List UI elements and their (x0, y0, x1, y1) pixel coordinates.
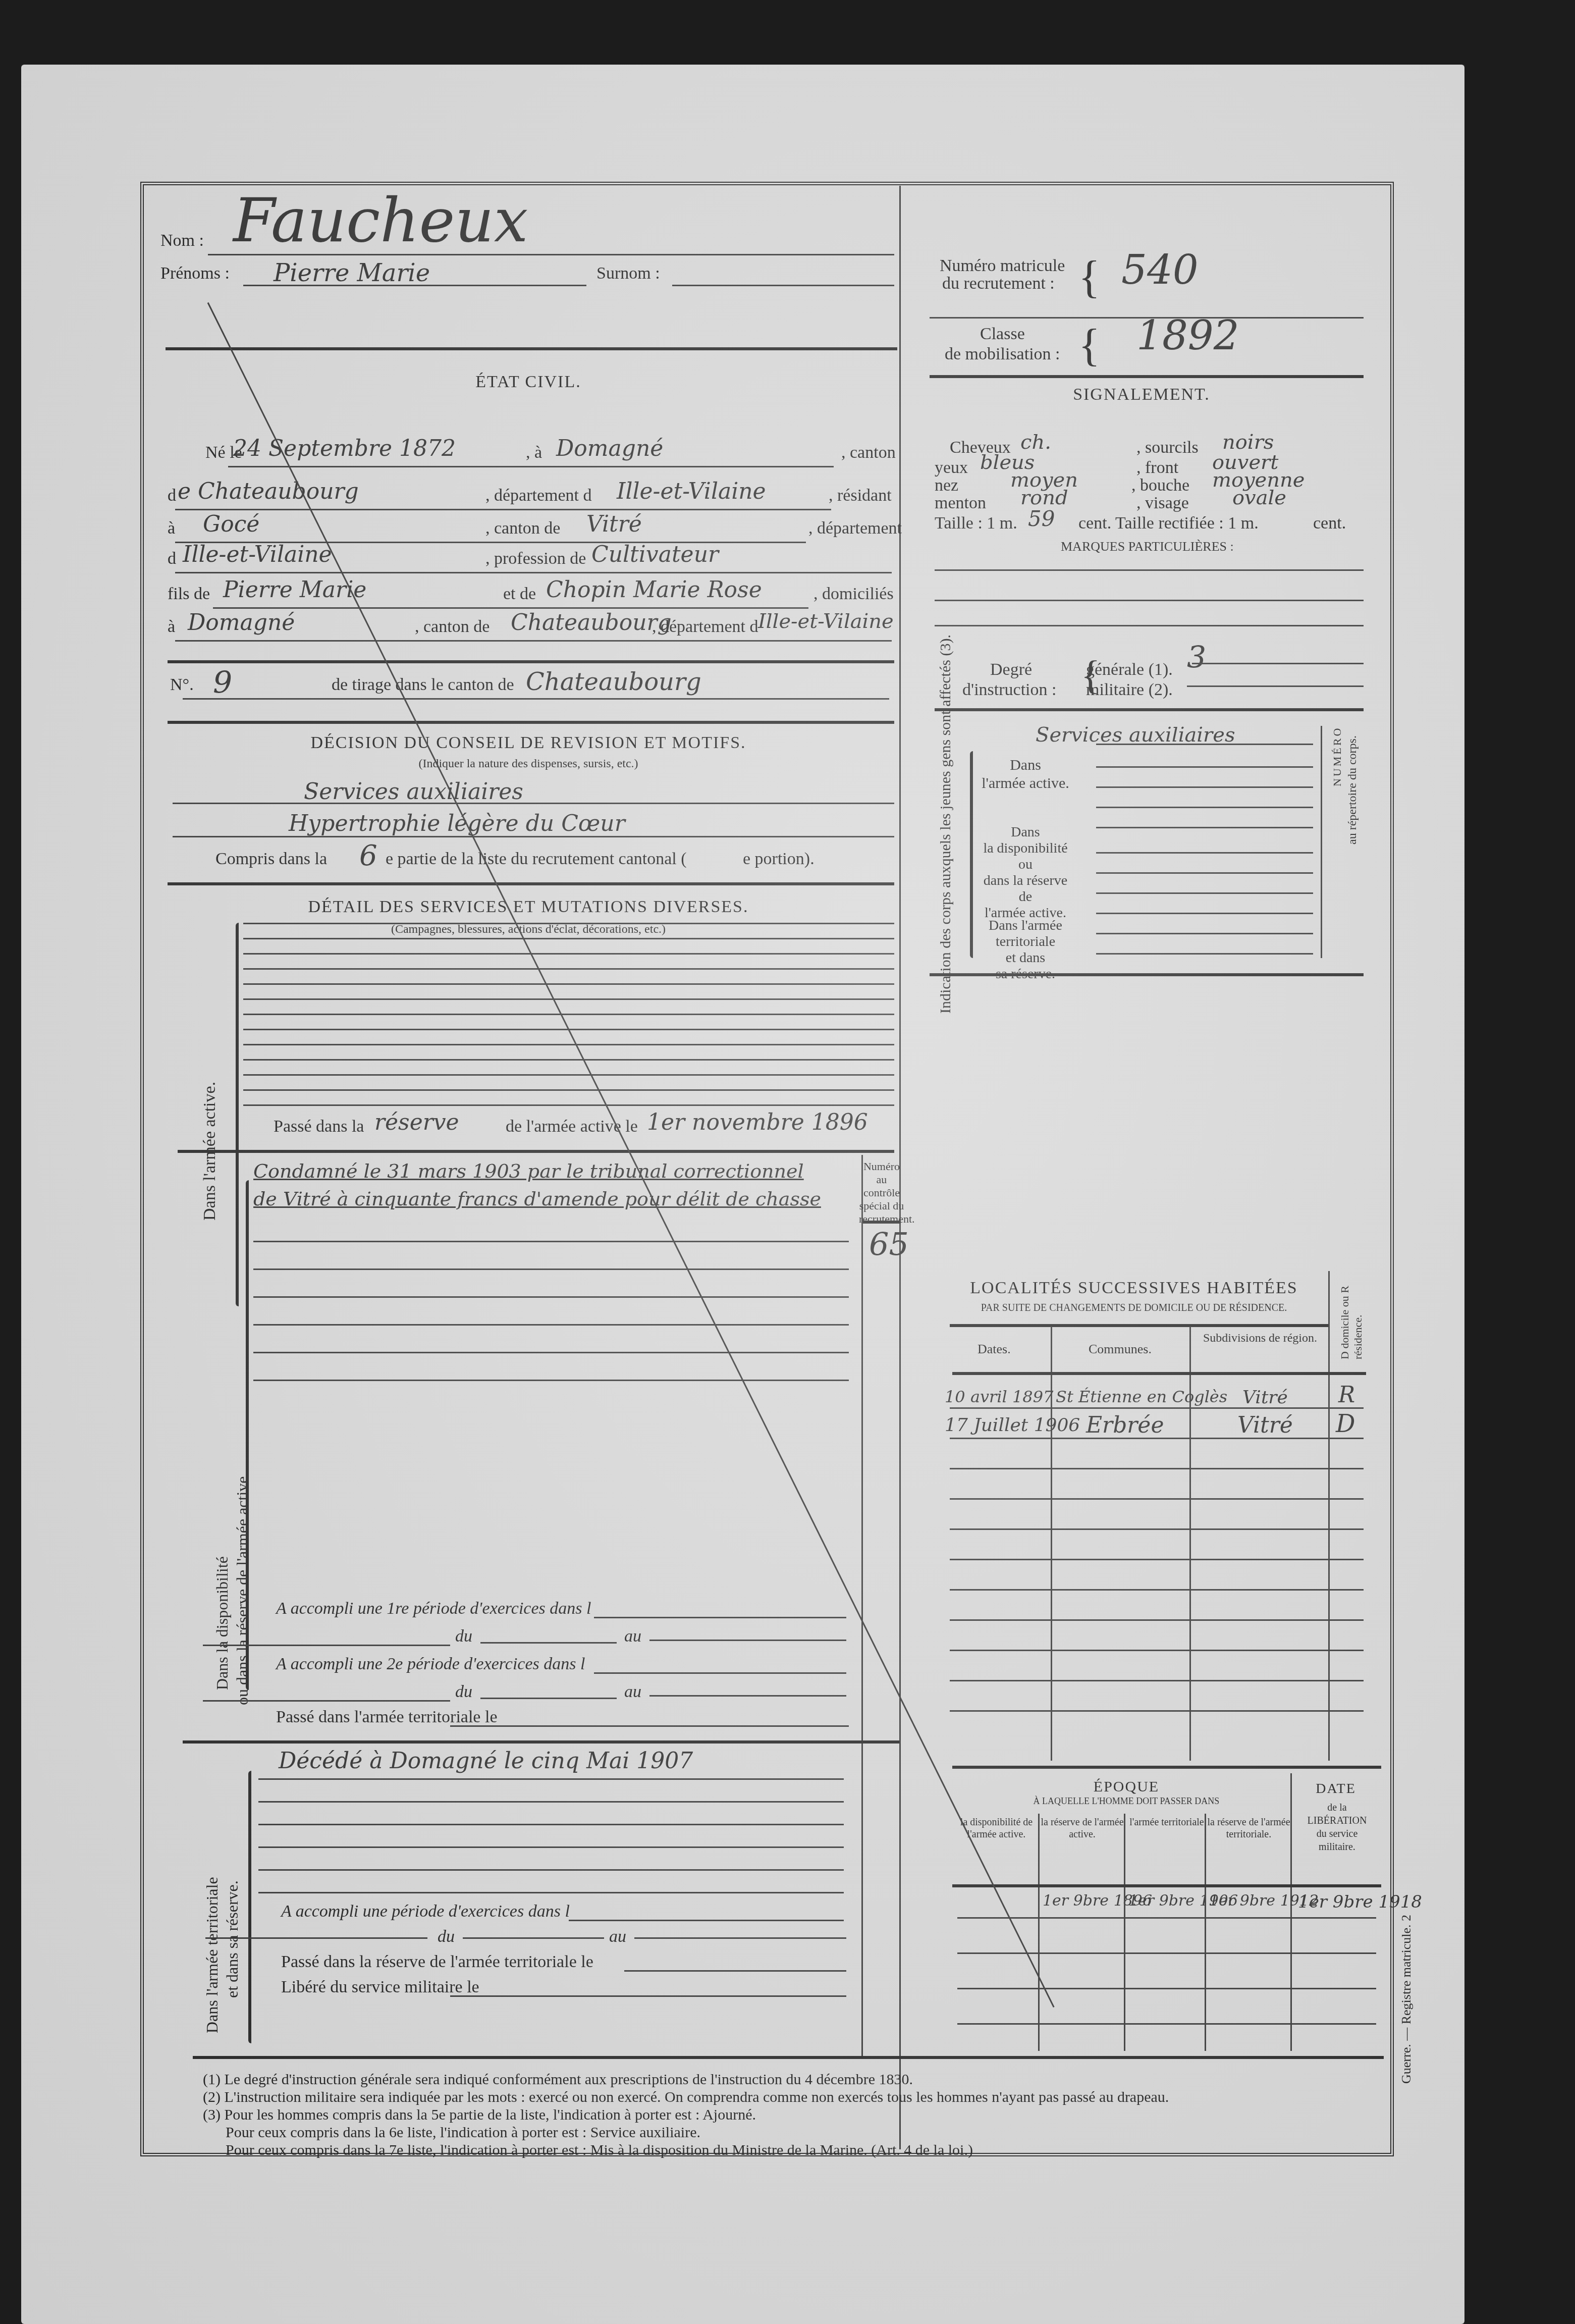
epoque-col-header: la disponibilité de l'armée active. (955, 1816, 1038, 1840)
corps-side-label: Indication des corps auxquels les jeunes… (937, 635, 954, 1014)
row-subdivision: Vitré (1237, 1412, 1293, 1438)
line (594, 1672, 846, 1674)
line (173, 803, 894, 804)
departement-label: , département (808, 519, 902, 538)
footnote: (3) Pour les hommes compris dans la 5e p… (203, 2106, 756, 2124)
controle-label-line: recrutement. (859, 1212, 904, 1226)
corps-numero-divider (1321, 726, 1322, 958)
canton-label: , canton (841, 443, 896, 462)
au-label: au (609, 1927, 626, 1946)
divider (950, 1324, 1328, 1327)
tirage-no-label: N°. (170, 675, 194, 695)
matricule-label: du recrutement : (942, 274, 1055, 293)
passe-terr-label: Passé dans l'armée territoriale le (276, 1708, 498, 1727)
col-divider (1290, 1773, 1292, 2051)
brace (236, 923, 239, 1306)
line (624, 1970, 846, 1972)
periode1-label: A accompli une 1re période d'exercices d… (276, 1599, 591, 1618)
divider (930, 375, 1364, 378)
classe-label: de mobilisation : (945, 345, 1060, 364)
condamnation-line-1: Condamné le 31 mars 1903 par le tribunal… (253, 1160, 804, 1182)
line (175, 572, 892, 573)
bouche-label: , bouche (1131, 476, 1189, 495)
label-line: Dans (975, 824, 1076, 840)
controle-label-line: spécial du (859, 1199, 904, 1212)
row-dr: D (1336, 1410, 1355, 1438)
divider (952, 1372, 1366, 1375)
residence-departement: Ille-et-Vilaine (183, 542, 332, 567)
d-label: d (168, 486, 176, 505)
row-date: 10 avril 1897 (945, 1387, 1053, 1406)
line (203, 1645, 450, 1646)
departement-label: , département d (485, 486, 592, 505)
divider (183, 1740, 899, 1744)
surnom-label: Surnom : (596, 264, 660, 283)
matricule-label: Numéro matricule (940, 256, 1065, 276)
line (634, 1937, 846, 1939)
liberation-date: 1er 9bre 1918 (1298, 1892, 1422, 1912)
tirage-label: de tirage dans le canton de (332, 675, 514, 695)
departement-label: , département d (652, 617, 758, 637)
tirage-no: 9 (213, 665, 232, 701)
col-header-communes: Communes. (1089, 1342, 1152, 1357)
line (213, 607, 808, 609)
divider (952, 1884, 1381, 1887)
marques-label: MARQUES PARTICULIÈRES : (1061, 539, 1234, 554)
col-divider (1038, 1814, 1040, 2051)
label-line: l'armée active. (975, 774, 1076, 793)
localites-title: LOCALITÉS SUCCESSIVES HABITÉES (945, 1279, 1323, 1298)
front-label: , front (1136, 458, 1178, 478)
controle-number: 65 (869, 1226, 909, 1262)
degre-label: Degré (990, 660, 1032, 679)
au-label: au (624, 1627, 641, 1646)
label-line: territoriale (975, 934, 1076, 950)
epoque-subtitle: À LAQUELLE L'HOMME DOIT PASSER DANS (950, 1796, 1303, 1807)
label-line: de la (1293, 1801, 1381, 1814)
yeux-label: yeux (935, 458, 968, 478)
label-line: Dans l'armée (975, 918, 1076, 934)
divider (178, 1150, 894, 1153)
classe-label: Classe (980, 325, 1025, 344)
parents-canton: Chateaubourg (511, 610, 672, 636)
taille-label: Taille : 1 m. (935, 514, 1017, 533)
partie-number: 6 (359, 839, 377, 872)
decision-line-2: Hypertrophie légère du Cœur (289, 811, 625, 836)
prenoms-label: Prénoms : (160, 264, 230, 283)
nez-label: nez (935, 476, 958, 495)
row-subdivision: Vitré (1242, 1387, 1288, 1408)
canton-label: , canton de (485, 519, 560, 538)
profession: Cultivateur (591, 542, 719, 567)
divider (952, 1766, 1381, 1769)
a-label: à (168, 617, 175, 637)
tirage-canton: Chateaubourg (526, 668, 701, 696)
divider (166, 347, 897, 350)
condamnation-line-2: de Vitré à cinquante francs d'amende pou… (253, 1188, 821, 1210)
generale-value: 3 (1187, 640, 1206, 675)
col-header-subdivisions: Subdivisions de région. (1197, 1332, 1323, 1345)
localites-subtitle: PAR SUITE DE CHANGEMENTS DE DOMICILE OU … (945, 1302, 1323, 1314)
compris-label: Compris dans la (215, 850, 327, 869)
signalement-title: SIGNALEMENT. (909, 385, 1374, 404)
parents-domicile: Domagné (188, 610, 295, 636)
line (569, 1920, 844, 1921)
du-label: du (455, 1682, 472, 1702)
passe-dans: réserve (374, 1110, 459, 1135)
armee-active-label: de l'armée active le (506, 1117, 638, 1136)
line (594, 1617, 846, 1618)
line (649, 1640, 846, 1641)
divider (168, 882, 894, 885)
line (463, 1937, 604, 1939)
numero-corps-label: NUMÉRO (1331, 726, 1344, 786)
visage-value: ovale (1232, 486, 1286, 509)
line (1192, 663, 1364, 664)
corps-dispo-label: Dans la disponibilité ou dans la réserve… (975, 824, 1076, 921)
side-label-dispo-2: ou dans la réserve de l'armée active. (233, 1472, 252, 1705)
taille-rectifiee-label: cent. Taille rectifiée : 1 m. (1078, 514, 1259, 533)
brace (246, 1180, 249, 1690)
line (173, 836, 894, 837)
line (450, 1995, 846, 1997)
divider (168, 660, 894, 663)
a-label: à (168, 519, 175, 538)
brace (248, 1771, 251, 2043)
line (205, 1937, 427, 1939)
line (175, 509, 831, 510)
etat-civil-title: ÉTAT CIVIL. (162, 373, 894, 392)
col-divider (1124, 1814, 1125, 2051)
sourcils-label: , sourcils (1136, 438, 1199, 457)
side-label-dispo-1: Dans la disponibilité (213, 1556, 232, 1690)
d-label: d (168, 549, 176, 568)
margin-note: Guerre. — Registre matricule. 2 (1399, 1915, 1414, 2084)
label-line: ou (975, 857, 1076, 873)
row-commune: Erbrée (1086, 1412, 1164, 1438)
domicilies-label: , domiciliés (813, 585, 894, 604)
cent-label: cent. (1313, 514, 1346, 533)
mother: Chopin Marie Rose (546, 577, 762, 603)
line (480, 1642, 617, 1644)
controle-label-line: au contrôle (859, 1173, 904, 1199)
divider (168, 721, 894, 724)
footnote: (2) L'instruction militaire sera indiqué… (203, 2089, 1169, 2106)
col-header-dr: D domicile ou R résidence. (1338, 1279, 1365, 1359)
numero-corps-sublabel: au répertoire du corps. (1346, 735, 1360, 844)
passe-label: Passé dans la (274, 1117, 364, 1136)
decision-title: DÉCISION DU CONSEIL DE REVISION ET MOTIF… (162, 733, 894, 753)
prenoms-line (243, 285, 586, 286)
corps-active-label: Dans l'armée active. (975, 756, 1076, 793)
epoque-col-header: l'armée territoriale. (1126, 1816, 1210, 1828)
birth-departement: Ille-et-Vilaine (617, 479, 766, 504)
register-page: Nom : Faucheux Prénoms : Pierre Marie Su… (21, 65, 1464, 2324)
generale-label: générale (1). (1086, 660, 1173, 679)
residence: Gocé (203, 511, 259, 537)
a-label: , à (526, 443, 542, 462)
controle-label-line: Numéro (859, 1160, 904, 1173)
side-label-terr-2: et dans sa réserve. (223, 1880, 242, 1998)
line (175, 640, 892, 642)
corps-terr-label: Dans l'armée territoriale et dans sa rés… (975, 918, 1076, 982)
visage-label: , visage (1136, 494, 1189, 513)
footnote: Pour ceux compris dans la 6e liste, l'in… (226, 2124, 700, 2141)
taille-value: 59 (1028, 506, 1055, 531)
periode-terr-label: A accompli une période d'exercices dans … (281, 1902, 570, 1921)
line (480, 1698, 617, 1699)
classe-year: 1892 (1136, 312, 1239, 359)
militaire-label: militaire (2). (1086, 680, 1173, 700)
passe-res-terr-label: Passé dans la réserve de l'armée territo… (281, 1952, 593, 1972)
nom-label: Nom : (160, 231, 204, 250)
line (183, 698, 889, 700)
parents-departement: Ille-et-Vilaine (758, 610, 894, 633)
col-header-dates: Dates. (977, 1342, 1011, 1357)
line (450, 1725, 849, 1727)
passe-date: 1er novembre 1896 (647, 1110, 868, 1135)
brace-icon: { (1078, 320, 1100, 372)
du-label: du (455, 1627, 472, 1646)
line (1187, 685, 1364, 687)
birth-date: 24 Septembre 1872 (233, 436, 456, 461)
epoque-title: ÉPOQUE (950, 1778, 1303, 1795)
line (228, 466, 834, 467)
line (203, 1700, 450, 1702)
label-line: militaire. (1293, 1840, 1381, 1854)
au-label: au (624, 1682, 641, 1702)
decision-subtitle: (Indiquer la nature des dispenses, sursi… (162, 757, 894, 771)
label-line: et dans (975, 950, 1076, 966)
brace-icon: { (1078, 251, 1100, 303)
libere-label: Libéré du service militaire le (281, 1978, 479, 1997)
label-line: du service (1293, 1827, 1381, 1840)
services-subtitle: (Campagnes, blessures, actions d'éclat, … (162, 923, 894, 936)
deces-note: Décédé à Domagné le cinq Mai 1907 (279, 1748, 693, 1774)
prenoms-value: Pierre Marie (274, 259, 430, 287)
epoque-col-header: la réserve de l'armée active. (1041, 1816, 1124, 1840)
partie-label: e partie de la liste du recrutement cant… (386, 850, 687, 869)
line (649, 1695, 846, 1697)
brace (970, 751, 973, 958)
epoque-col-header: la réserve de l'armée territoriale. (1207, 1816, 1290, 1840)
label-line: la disponibilité (975, 840, 1076, 857)
row-date: 17 Juillet 1906 (945, 1415, 1080, 1436)
nom-line (208, 254, 894, 255)
fils-de-label: fils de (168, 585, 210, 604)
birth-place: Domagné (556, 436, 663, 461)
row-commune: St Étienne en Coglès (1056, 1387, 1227, 1406)
label-line: de (975, 889, 1076, 905)
menton-label: menton (935, 494, 986, 513)
label-line: LIBÉRATION (1293, 1814, 1381, 1827)
label-line: Dans (975, 756, 1076, 774)
periode2-label: A accompli une 2e période d'exercices da… (276, 1655, 585, 1674)
degre-label: d'instruction : (962, 680, 1057, 700)
matricule-number: 540 (1121, 246, 1199, 293)
surnom-line (672, 285, 894, 286)
controle-divider (861, 1155, 863, 2058)
liberation-title: DATE (1290, 1781, 1381, 1797)
divider (863, 1221, 901, 1224)
portion-label: e portion). (743, 850, 814, 869)
side-label-terr-1: Dans l'armée territoriale (203, 1877, 222, 2033)
row-dr: R (1338, 1382, 1355, 1408)
et-de-label: et de (503, 585, 536, 604)
services-title: DÉTAIL DES SERVICES ET MUTATIONS DIVERSE… (162, 897, 894, 917)
residant-label: , résidant (829, 486, 892, 505)
label-line: dans la réserve (975, 873, 1076, 889)
col-divider (1205, 1814, 1206, 2051)
nom-value: Faucheux (233, 186, 528, 256)
profession-label: , profession de (485, 549, 586, 568)
liberation-label: de la LIBÉRATION du service militaire. (1293, 1801, 1381, 1854)
footnote: Pour ceux compris dans la 7e liste, l'in… (226, 2142, 973, 2159)
birth-canton: e Chateaubourg (178, 479, 359, 504)
divider (930, 973, 1364, 976)
divider (935, 708, 1364, 711)
col-divider (1328, 1271, 1330, 1761)
du-label: du (438, 1927, 455, 1946)
canton-label: , canton de (415, 617, 490, 637)
divider (193, 2056, 1384, 2059)
footnote: (1) Le degré d'instruction générale sera… (203, 2071, 913, 2088)
controle-label: Numéro au contrôle spécial du recrutemen… (859, 1160, 904, 1226)
decision-line-1: Services auxiliaires (304, 779, 523, 805)
residence-canton: Vitré (586, 511, 642, 537)
